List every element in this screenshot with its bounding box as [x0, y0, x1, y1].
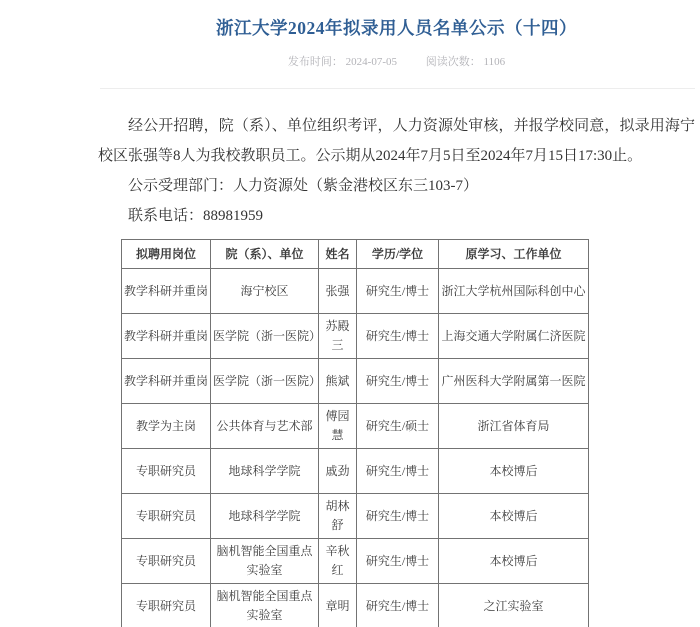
table-row: 教学科研并重岗 医学院（浙一医院） 苏殿三 研究生/博士 上海交通大学附属仁济医…: [122, 314, 589, 359]
cell-degree: 研究生/博士: [357, 584, 439, 627]
cell-position: 教学科研并重岗: [122, 314, 211, 359]
cell-origin: 本校博后: [439, 539, 589, 584]
article-meta: 发布时间： 2024-07-05 阅读次数： 1106: [98, 55, 695, 69]
recruitment-table: 拟聘用岗位 院（系）、单位 姓名 学历/学位 原学习、工作单位 教学科研并重岗 …: [121, 239, 589, 627]
cell-name: 胡林舒: [319, 494, 357, 539]
cell-name: 戚劲: [319, 449, 357, 494]
cell-name: 章明: [319, 584, 357, 627]
cell-degree: 研究生/博士: [357, 359, 439, 404]
cell-degree: 研究生/博士: [357, 494, 439, 539]
announcement-page: 浙江大学2024年拟录用人员名单公示（十四） 发布时间： 2024-07-05 …: [0, 0, 700, 627]
cell-department: 公共体育与艺术部: [211, 404, 319, 449]
page-title: 浙江大学2024年拟录用人员名单公示（十四）: [98, 0, 695, 40]
cell-degree: 研究生/硕士: [357, 404, 439, 449]
cell-origin: 浙江省体育局: [439, 404, 589, 449]
table-header-row: 拟聘用岗位 院（系）、单位 姓名 学历/学位 原学习、工作单位: [122, 240, 589, 269]
cell-origin: 本校博后: [439, 494, 589, 539]
cell-position: 专职研究员: [122, 494, 211, 539]
cell-origin: 之江实验室: [439, 584, 589, 627]
table-row: 专职研究员 地球科学学院 戚劲 研究生/博士 本校博后: [122, 449, 589, 494]
cell-department: 脑机智能全国重点实验室: [211, 539, 319, 584]
cell-department: 地球科学学院: [211, 449, 319, 494]
cell-position: 专职研究员: [122, 449, 211, 494]
cell-department: 地球科学学院: [211, 494, 319, 539]
cell-degree: 研究生/博士: [357, 314, 439, 359]
table-row: 专职研究员 地球科学学院 胡林舒 研究生/博士 本校博后: [122, 494, 589, 539]
cell-position: 专职研究员: [122, 584, 211, 627]
announcement-paragraph: 经公开招聘，院（系）、单位组织考评，人力资源处审核，并报学校同意，拟录用海宁校区…: [98, 111, 695, 171]
cell-origin: 浙江大学杭州国际科创中心: [439, 269, 589, 314]
cell-position: 教学科研并重岗: [122, 269, 211, 314]
content-area: 浙江大学2024年拟录用人员名单公示（十四） 发布时间： 2024-07-05 …: [98, 0, 695, 627]
cell-degree: 研究生/博士: [357, 269, 439, 314]
cell-position: 教学为主岗: [122, 404, 211, 449]
col-header-name: 姓名: [319, 240, 357, 269]
table-row: 专职研究员 脑机智能全国重点实验室 章明 研究生/博士 之江实验室: [122, 584, 589, 627]
cell-department: 脑机智能全国重点实验室: [211, 584, 319, 627]
cell-origin: 本校博后: [439, 449, 589, 494]
cell-department: 医学院（浙一医院）: [211, 314, 319, 359]
cell-degree: 研究生/博士: [357, 539, 439, 584]
cell-position: 教学科研并重岗: [122, 359, 211, 404]
view-count: 阅读次数： 1106: [426, 55, 505, 69]
cell-origin: 上海交通大学附属仁济医院: [439, 314, 589, 359]
cell-name: 张强: [319, 269, 357, 314]
table-row: 教学为主岗 公共体育与艺术部 傅园慧 研究生/硕士 浙江省体育局: [122, 404, 589, 449]
cell-position: 专职研究员: [122, 539, 211, 584]
cell-degree: 研究生/博士: [357, 449, 439, 494]
col-header-position: 拟聘用岗位: [122, 240, 211, 269]
publish-time: 发布时间： 2024-07-05: [288, 55, 397, 69]
cell-origin: 广州医科大学附属第一医院: [439, 359, 589, 404]
contact-phone-line: 联系电话：88981959: [98, 201, 695, 231]
cell-name: 辛秋红: [319, 539, 357, 584]
cell-name: 熊斌: [319, 359, 357, 404]
table-row: 教学科研并重岗 医学院（浙一医院） 熊斌 研究生/博士 广州医科大学附属第一医院: [122, 359, 589, 404]
col-header-origin: 原学习、工作单位: [439, 240, 589, 269]
col-header-degree: 学历/学位: [357, 240, 439, 269]
col-header-department: 院（系）、单位: [211, 240, 319, 269]
cell-department: 海宁校区: [211, 269, 319, 314]
table-row: 教学科研并重岗 海宁校区 张强 研究生/博士 浙江大学杭州国际科创中心: [122, 269, 589, 314]
cell-department: 医学院（浙一医院）: [211, 359, 319, 404]
table-row: 专职研究员 脑机智能全国重点实验室 辛秋红 研究生/博士 本校博后: [122, 539, 589, 584]
accept-department-line: 公示受理部门：人力资源处（紫金港校区东三103-7）: [98, 171, 695, 201]
cell-name: 苏殿三: [319, 314, 357, 359]
header-divider: [100, 88, 695, 89]
cell-name: 傅园慧: [319, 404, 357, 449]
